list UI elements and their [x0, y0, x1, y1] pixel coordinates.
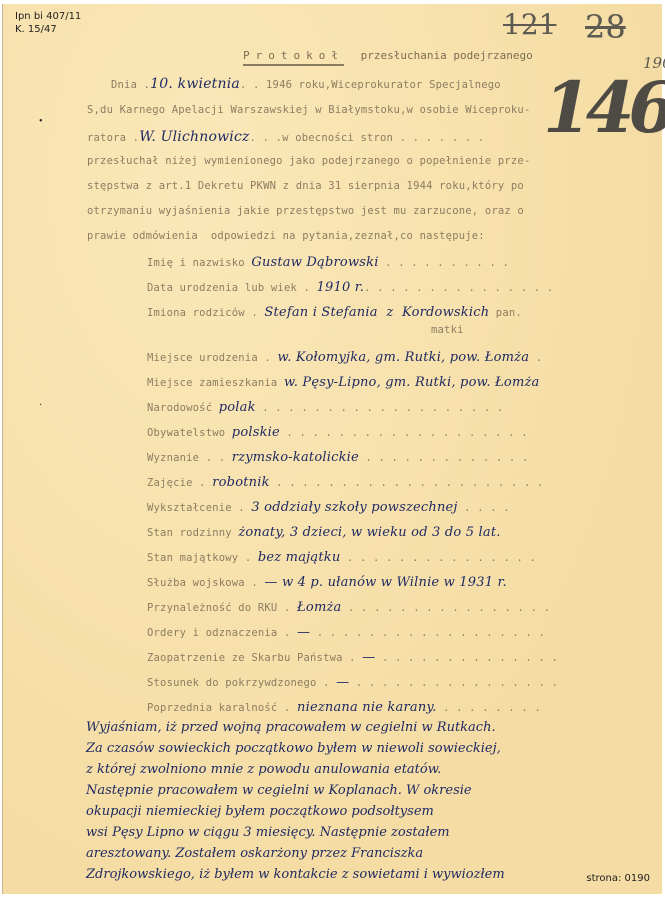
narrative-line: Za czasów sowieckich początkowo byłem w …: [86, 741, 501, 756]
document-page: Ipn bi 407/11 K. 15/47 121 28 190 146 • …: [2, 4, 662, 894]
archive-signature-line1: Ipn bi 407/11: [15, 10, 81, 23]
field-nationality: Narodowość polak . . . . . . . . . . . .…: [147, 400, 504, 418]
intro-line-6: otrzymaniu wyjaśnienia jakie przestępstw…: [87, 205, 524, 217]
pencil-crossed-number-2: 28: [585, 8, 626, 46]
field-rku: Przynależność do RKU . Łomża . . . . . .…: [147, 600, 550, 618]
field-treasury: Zaopatrzenie ze Skarbu Państwa . — . . .…: [147, 650, 558, 668]
field-birthplace: Miejsce urodzenia . w. Kołomyjka, gm. Ru…: [147, 350, 542, 368]
field-value: —: [297, 625, 310, 640]
document-title: Protokoł przesłuchania podejrzanego: [243, 49, 533, 62]
field-parents-note: matki: [431, 324, 464, 342]
handwritten-prosecutor-name: W. Ulichnowicz: [139, 129, 249, 145]
field-value: bez majątku: [258, 550, 341, 565]
field-value: 1910 r.: [317, 280, 365, 295]
field-property: Stan majątkowy . bez majątku . . . . . .…: [147, 550, 536, 568]
title-subtitle: przesłuchania podejrzanego: [361, 49, 533, 62]
field-value: w. Kołomyjka, gm. Rutki, pow. Łomża: [277, 350, 529, 365]
field-military-service: Służba wojskowa . — w 4 p. ułanów w Wiln…: [147, 575, 507, 593]
narrative-line: aresztowany. Zostałem oskarżony przez Fr…: [86, 846, 423, 861]
margin-dot: •: [39, 116, 43, 127]
field-citizenship: Obywatelstwo polskie . . . . . . . . . .…: [147, 425, 528, 443]
field-value: nieznana nie karany.: [297, 700, 437, 715]
field-family-status: Stan rodzinny żonaty, 3 dzieci, w wieku …: [147, 525, 501, 543]
pencil-big-number: 146: [543, 66, 665, 149]
page-footer-label: strona: 0190: [586, 873, 650, 884]
archive-signature: Ipn bi 407/11 K. 15/47: [15, 10, 81, 36]
margin-dot: ·: [39, 400, 42, 411]
narrative-line: okupacji niemieckiej byłem początkowo po…: [86, 804, 434, 819]
narrative-line: Wyjaśniam, iż przed wojną pracowałem w c…: [86, 720, 496, 735]
field-value: 3 oddziały szkoły powszechnej: [251, 500, 457, 515]
narrative-line: Zdrojkowskiego, iż byłem w kontakcie z s…: [86, 867, 505, 882]
intro-line-7: prawie odmówienia odpowiedzi na pytania,…: [87, 230, 485, 242]
field-value: żonaty, 3 dzieci, w wieku od 3 do 5 lat.: [238, 525, 500, 540]
field-prior-record: Poprzednia karalność . nieznana nie kara…: [147, 700, 541, 718]
field-birth-date: Data urodzenia lub wiek . 1910 r.. . . .…: [147, 280, 553, 298]
field-value: w. Pęsy-Lipno, gm. Rutki, pow. Łomża: [284, 375, 540, 390]
intro-line-4: przesłuchał niżej wymienionego jako pode…: [87, 155, 530, 167]
narrative-line: z której zwolniono mnie z powodu anulowa…: [86, 762, 441, 777]
pencil-crossed-number-1: 121: [503, 8, 556, 41]
field-orders: Ordery i odznaczenia . — . . . . . . . .…: [147, 625, 545, 643]
field-value: rzymsko-katolickie: [232, 450, 359, 465]
field-relation-victim: Stosunek do pokrzywdzonego . — . . . . .…: [147, 675, 558, 693]
intro-line-1: Dnia .10. kwietnia. . 1946 roku,Wiceprok…: [111, 76, 501, 92]
field-value: Gustaw Dąbrowski: [251, 255, 378, 270]
field-occupation: Zajęcie . robotnik . . . . . . . . . . .…: [147, 475, 544, 493]
field-value: — w 4 p. ułanów w Wilnie w 1931 r.: [264, 575, 506, 590]
field-value: Stefan i Stefania z Kordowskich: [264, 305, 489, 320]
field-value: —: [362, 650, 375, 665]
intro-line-3: ratora .W. Ulichnowicz. . .w obecności s…: [87, 129, 484, 145]
field-value: polskie: [232, 425, 280, 440]
narrative-line: Następnie pracowałem w cegielni w Koplan…: [86, 783, 472, 798]
intro-line-2: S,du Karnego Apelacji Warszawskiej w Bia…: [87, 104, 530, 116]
field-value: Łomża: [297, 600, 341, 615]
field-name: Imię i nazwisko Gustaw Dąbrowski . . . .…: [147, 255, 509, 273]
narrative-line: wsi Pęsy Lipno w ciągu 3 miesięcy. Nastę…: [86, 825, 450, 840]
field-religion: Wyznanie . . rzymsko-katolickie . . . . …: [147, 450, 528, 468]
field-value: —: [336, 675, 349, 690]
field-residence: Miejsce zamieszkania w. Pęsy-Lipno, gm. …: [147, 375, 540, 393]
field-value: robotnik: [212, 475, 269, 490]
handwritten-date: 10. kwietnia: [150, 76, 240, 92]
field-education: Wykształcenie . 3 oddziały szkoły powsze…: [147, 500, 510, 518]
field-value: polak: [219, 400, 256, 415]
field-parents: Imiona rodziców . Stefan i Stefania z Ko…: [147, 305, 522, 323]
archive-signature-line2: K. 15/47: [15, 23, 81, 36]
intro-line-5: stępstwa z art.1 Dekretu PKWN z dnia 31 …: [87, 180, 524, 192]
title-protokol: Protokoł: [243, 49, 344, 66]
